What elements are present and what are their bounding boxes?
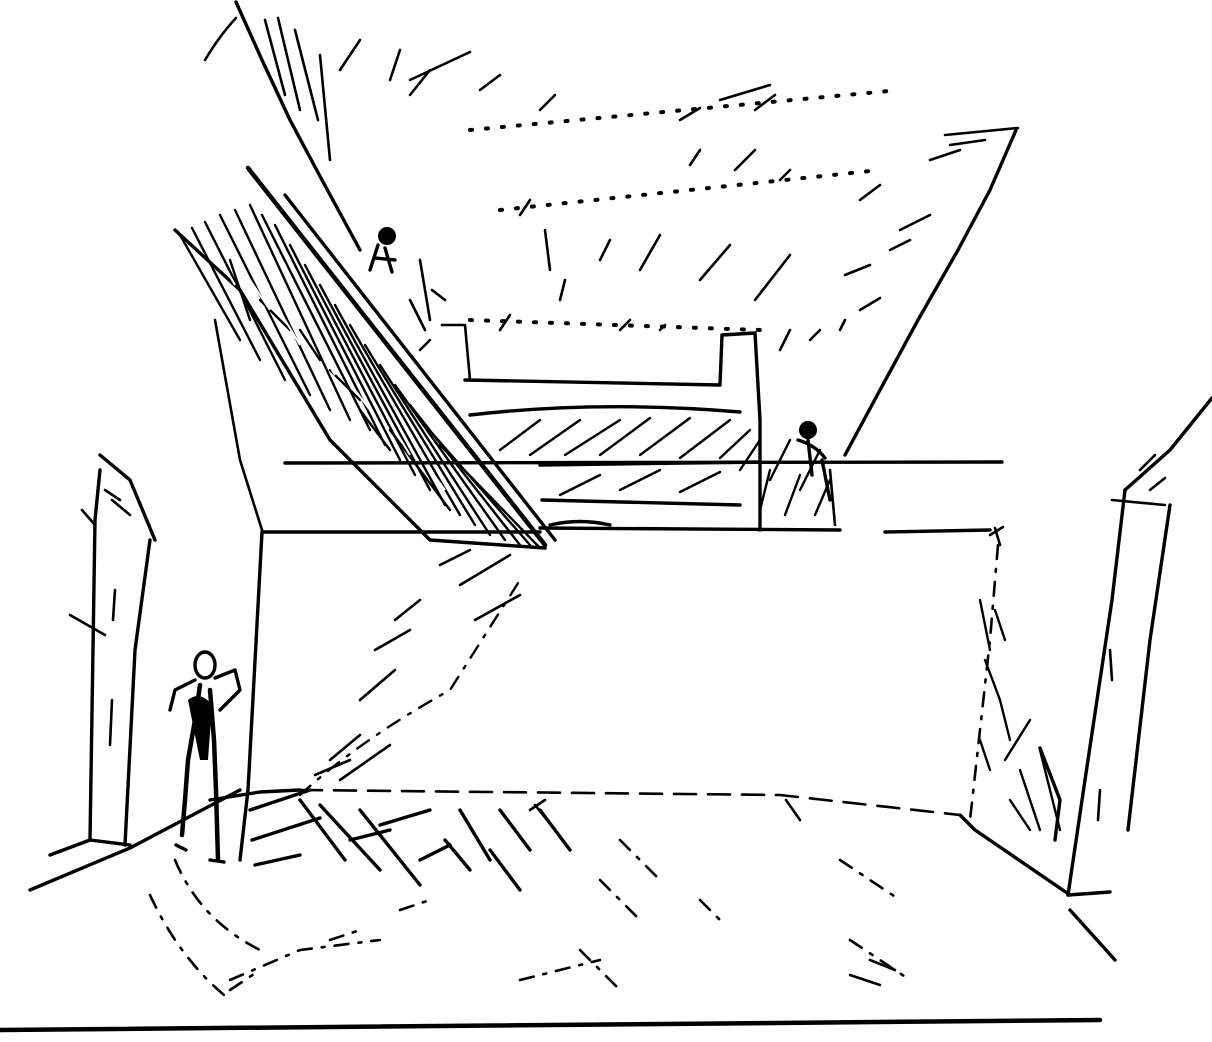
architectural-sketch bbox=[0, 0, 1212, 1042]
ramp bbox=[175, 168, 555, 548]
figure-on-ramp bbox=[370, 227, 396, 272]
balcony bbox=[465, 333, 840, 530]
floor bbox=[0, 790, 1100, 1030]
standing-figure bbox=[170, 652, 240, 862]
right-column bbox=[1068, 398, 1212, 960]
back-wall bbox=[240, 462, 1060, 860]
roof-plane bbox=[205, 2, 1018, 455]
left-column bbox=[50, 455, 155, 855]
